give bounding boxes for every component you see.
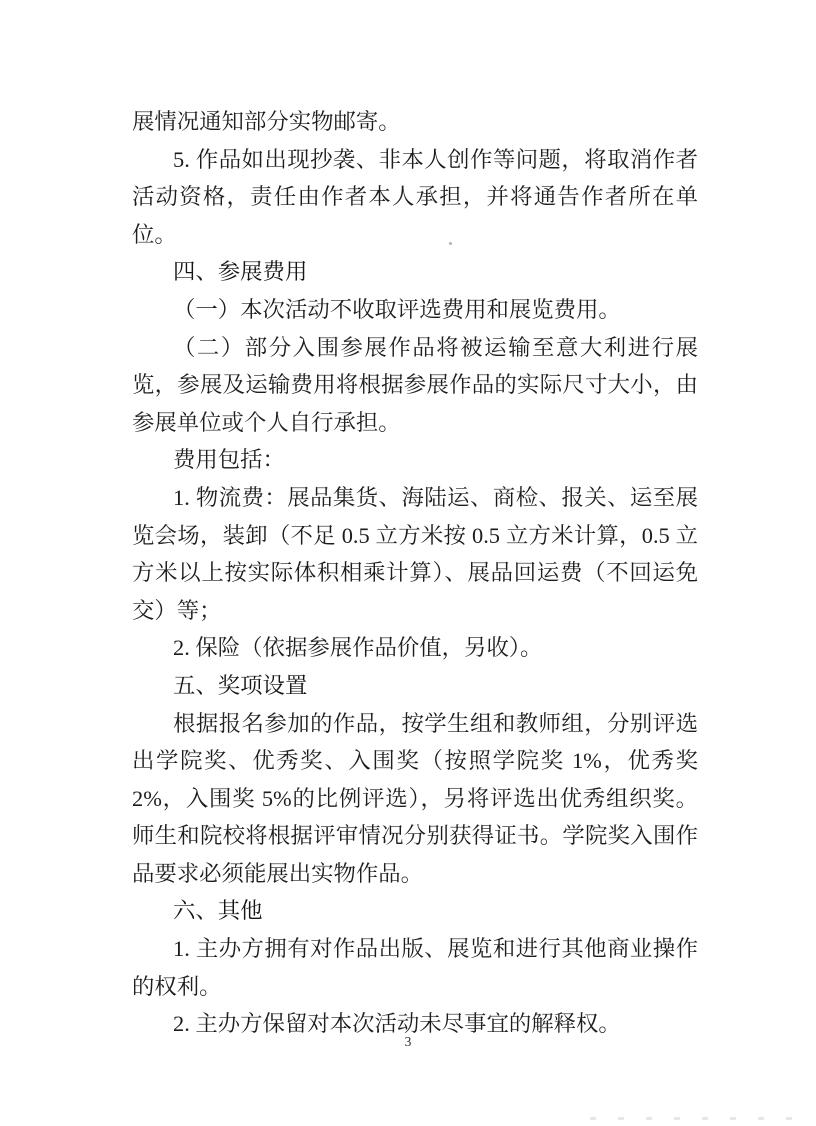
paragraph-insurance-fee: 2. 保险（依据参展作品价值，另收）。: [132, 629, 698, 667]
document-body: 展情况通知部分实物邮寄。 5. 作品如出现抄袭、非本人创作等问题，将取消作者活动…: [132, 103, 698, 1043]
paragraph-awards-detail: 根据报名参加的作品，按学生组和教师组，分别评选出学院奖、优秀奖、入围奖（按照学院…: [132, 705, 698, 893]
paragraph-logistics-fee: 1. 物流费：展品集货、海陆运、商检、报关、运至展览会场，装卸（不足 0.5 立…: [132, 479, 698, 629]
scan-edge-noise: [590, 1117, 810, 1120]
document-page: 展情况通知部分实物邮寄。 5. 作品如出现抄袭、非本人创作等问题，将取消作者活动…: [0, 0, 816, 1126]
heading-section-5-awards: 五、奖项设置: [132, 667, 698, 705]
scan-speck: [449, 242, 452, 245]
paragraph-fee-item-1: （一）本次活动不收取评选费用和展览费用。: [132, 291, 698, 329]
paragraph-fee-item-2: （二）部分入围参展作品将被运输至意大利进行展览，参展及运输费用将根据参展作品的实…: [132, 329, 698, 442]
paragraph-fee-includes: 费用包括：: [132, 441, 698, 479]
paragraph-other-1: 1. 主办方拥有对作品出版、展览和进行其他商业操作的权利。: [132, 930, 698, 1005]
paragraph-continuation: 展情况通知部分实物邮寄。: [132, 103, 698, 141]
heading-section-6-other: 六、其他: [132, 892, 698, 930]
paragraph-rule-5: 5. 作品如出现抄袭、非本人创作等问题，将取消作者活动资格，责任由作者本人承担，…: [132, 141, 698, 254]
page-number: 3: [405, 1034, 412, 1049]
page-footer: 3: [0, 1033, 816, 1051]
heading-section-4-exhibition-fees: 四、参展费用: [132, 253, 698, 291]
